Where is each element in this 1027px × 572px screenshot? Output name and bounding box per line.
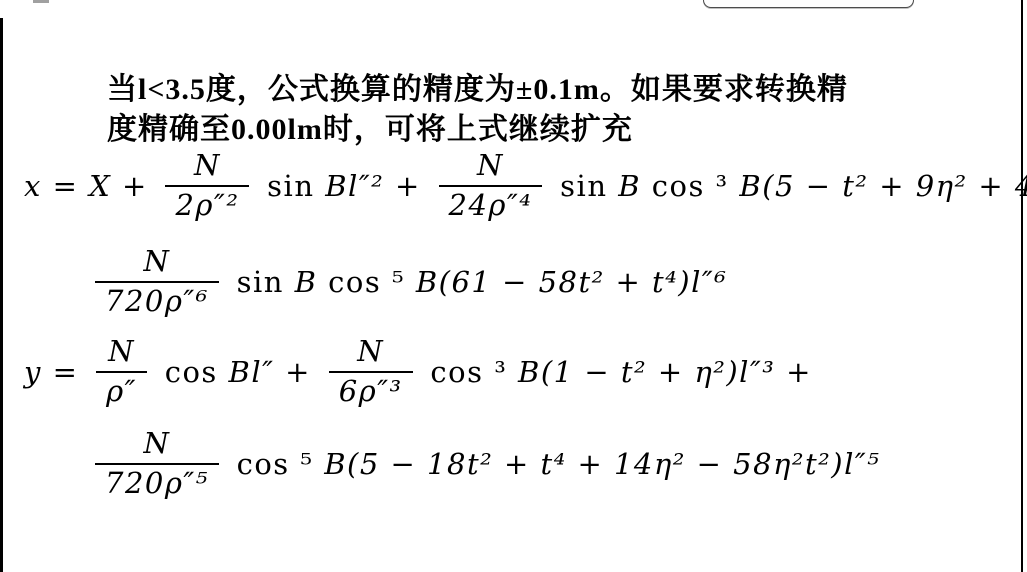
chinese-paragraph: 当l<3.5度，公式换算的精度为±0.1m。如果要求转换精 度精确至0.00lm… <box>107 70 952 150</box>
math-text: cos <box>154 355 229 389</box>
slide-left-border <box>0 18 3 572</box>
slide-canvas: 当l<3.5度，公式换算的精度为±0.1m。如果要求转换精 度精确至0.00lm… <box>0 0 1027 572</box>
paragraph-line-1: 当l<3.5度，公式换算的精度为±0.1m。如果要求转换精 <box>107 70 952 110</box>
math-text: cos ³ <box>420 355 518 389</box>
math-text: cos ³ <box>652 169 740 203</box>
math-text: B(5 − 18t² + t⁴ + 14η² − 58η²t²)l″⁵ <box>324 447 880 481</box>
fraction-denominator: 720ρ″⁵ <box>95 465 219 500</box>
fraction-numerator: N <box>95 428 219 465</box>
math-text: sin <box>549 169 618 203</box>
fraction-numerator: N <box>96 336 147 373</box>
math-text: cos ⁵ <box>328 265 416 299</box>
math-text: B(5 − t² + 9η² + 4η⁴)l″⁴ + <box>739 169 1027 203</box>
equation-x-line-1: x = X + N2ρ″² sin Bl″² + N24ρ″⁴ sin B co… <box>24 150 1027 222</box>
fraction-denominator: 720ρ″⁶ <box>95 283 219 318</box>
fraction: N2ρ″² <box>165 150 249 222</box>
fraction-numerator: N <box>165 150 249 187</box>
fraction: N6ρ″³ <box>329 336 413 408</box>
math-text: cos ⁵ <box>226 447 324 481</box>
fraction: N720ρ″⁶ <box>95 246 219 318</box>
window-edge-fragment <box>33 0 49 3</box>
fraction-numerator: N <box>329 336 413 373</box>
equation-y-line-2: N720ρ″⁵ cos ⁵ B(5 − 18t² + t⁴ + 14η² − 5… <box>88 428 880 500</box>
equation-y-line-1: y = Nρ″ cos Bl″ + N6ρ″³ cos ³ B(1 − t² +… <box>24 336 812 408</box>
math-text: B(1 − t² + η²)l″³ + <box>518 355 812 389</box>
partial-button-fragment[interactable] <box>703 0 914 8</box>
math-text: x = X + <box>24 169 158 203</box>
fraction-denominator: 2ρ″² <box>165 187 249 222</box>
math-text: B <box>618 169 652 203</box>
fraction-numerator: N <box>95 246 219 283</box>
fraction: N720ρ″⁵ <box>95 428 219 500</box>
fraction: N24ρ″⁴ <box>439 150 543 222</box>
math-text: B(61 − 58t² + t⁴)l″⁶ <box>416 265 728 299</box>
math-text: B <box>295 265 329 299</box>
math-text: sin <box>226 265 295 299</box>
paragraph-line-2: 度精确至0.00lm时，可将上式继续扩充 <box>107 110 952 150</box>
math-text: Bl″ + <box>229 355 322 389</box>
slide-right-border <box>1021 0 1023 572</box>
fraction-denominator: ρ″ <box>96 373 147 408</box>
fraction-numerator: N <box>439 150 543 187</box>
equation-x-line-2: N720ρ″⁶ sin B cos ⁵ B(61 − 58t² + t⁴)l″⁶ <box>88 246 727 318</box>
fraction-denominator: 24ρ″⁴ <box>439 187 543 222</box>
math-text: sin <box>256 169 325 203</box>
fraction: Nρ″ <box>96 336 147 408</box>
math-text: y = <box>24 355 89 389</box>
fraction-denominator: 6ρ″³ <box>329 373 413 408</box>
math-text: Bl″² + <box>325 169 431 203</box>
